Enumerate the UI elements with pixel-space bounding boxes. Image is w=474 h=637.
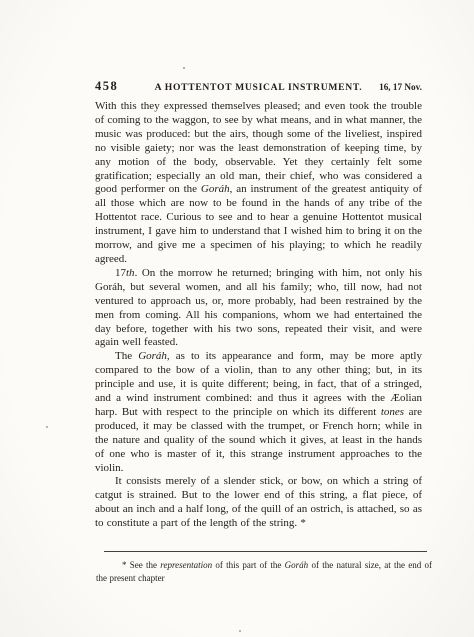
text-run: of this part of the: [212, 560, 285, 570]
italic-run: representation: [160, 560, 212, 570]
text-run: , an instrument of the greatest antiquit…: [95, 183, 422, 265]
running-title: A HOTTENTOT MUSICAL INSTRUMENT.: [155, 82, 363, 93]
italic-run: Goráh: [201, 183, 230, 195]
scan-speck: [183, 67, 185, 69]
text-run: 17: [115, 267, 126, 279]
italic-run: th: [126, 267, 135, 279]
book-page: 458 A HOTTENTOT MUSICAL INSTRUMENT. 16, …: [0, 0, 474, 637]
italic-run: Goráh: [285, 560, 309, 570]
scan-speck: [46, 426, 48, 428]
text-run: . On the morrow he returned; bringing wi…: [95, 267, 422, 349]
text-run: The: [115, 350, 138, 362]
page-body: With this they expressed themselves plea…: [95, 100, 422, 531]
text-run: With this they expressed themselves plea…: [95, 100, 422, 195]
paragraph: With this they expressed themselves plea…: [95, 100, 422, 267]
footnote: * See the representation of this part of…: [96, 559, 432, 585]
paragraph: It consists merely of a slender stick, o…: [95, 475, 422, 531]
scan-speck: [239, 630, 241, 632]
running-head: 458 A HOTTENTOT MUSICAL INSTRUMENT. 16, …: [95, 79, 422, 94]
italic-run: Goráh: [138, 350, 167, 362]
footnote-divider: [104, 551, 427, 552]
paragraph: The Goráh, as to its appearance and form…: [95, 350, 422, 475]
text-run: * See the: [122, 560, 160, 570]
page-number: 458: [95, 79, 155, 94]
paragraph: 17th. On the morrow he returned; bringin…: [95, 267, 422, 350]
text-run: It consists merely of a slender stick, o…: [95, 475, 422, 529]
header-date: 16, 17 Nov.: [362, 82, 422, 92]
italic-run: tones: [381, 406, 404, 418]
